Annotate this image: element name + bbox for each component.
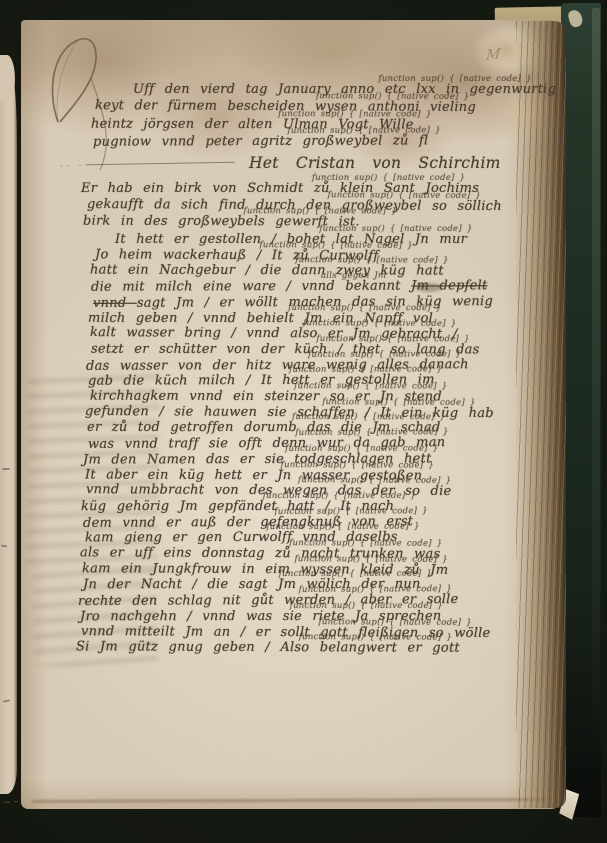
- interlinear-insertion: function sup() { [native code] }: [288, 126, 441, 137]
- struck-words: Jm depfelt: [411, 278, 487, 293]
- interlinear-insertion: function sup() { [native code] }: [294, 554, 447, 565]
- interlinear-insertion: function sup() { [native code] }: [295, 427, 448, 438]
- interlinear-insertion: function sup() { [native code] }: [294, 381, 447, 391]
- interlinear-insertion: function sup() { [native code] }: [289, 365, 442, 376]
- interlinear-insertion: function sup() { [native code] }: [322, 397, 475, 408]
- interlinear-insertion: function sup() { [native code] }: [289, 538, 442, 549]
- interlinear-insertion: function sup() { [native code] }: [299, 632, 452, 643]
- struck-words: vnnd: [93, 296, 137, 311]
- interlinear-insertion: function sup() { [native code] }: [281, 460, 434, 470]
- handwriting-text-block: Uff den vierd tag January anno etc lxx i…: [21, 20, 563, 809]
- interlinear-insertion: function sup() { [native code] }: [299, 584, 452, 595]
- heading-text: Het Cristan von Schirchim: [249, 154, 501, 172]
- facing-page-corner: [0, 55, 15, 101]
- interlinear-insertion: function sup() { [native code] }: [308, 349, 461, 360]
- interlinear-insertion: function sup() { [native code] }: [278, 109, 431, 119]
- manuscript-scan: M ·· ·· ~– Uff den vierd tag January ann…: [0, 0, 607, 843]
- interlinear-insertion: function sup() { [native code] }: [266, 522, 419, 532]
- manuscript-line: hatt ein Nachgebur / die dann zwey küg h…: [90, 263, 444, 279]
- interlinear-insertion: function sup() { [native code] }: [285, 443, 438, 453]
- interlinear-insertion: function sup() { [native code] }: [312, 173, 465, 183]
- manuscript-line: die mit milch eine ware / vnnd bekannt J…: [91, 278, 488, 294]
- interlinear-insertion: function sup() { [native code] }: [298, 475, 451, 486]
- interlinear-insertion: function sup() { [native code] }: [316, 92, 469, 103]
- section-heading: Het Cristan von Schirchim: [87, 154, 501, 172]
- manuscript-line: Si Jm gütz gnug geben / Also belangwert …: [76, 639, 460, 655]
- interlinear-insertion: alls gegen Jm: [321, 271, 386, 281]
- interlinear-insertion: function sup() { [native code] }: [292, 412, 445, 422]
- interlinear-insertion: function sup() { [native code] }: [290, 601, 443, 611]
- interlinear-insertion: function sup() { [native code] }: [275, 506, 428, 517]
- interlinear-insertion: function sup() { [native code] }: [259, 240, 412, 251]
- interlinear-insertion: function sup() { [native code] }: [328, 190, 481, 201]
- interlinear-insertion: function sup() { [native code] }: [303, 318, 456, 329]
- interlinear-insertion: function sup() { [native code] }: [243, 206, 396, 216]
- line-text: die mit milch eine ware / vnnd bekannt: [91, 279, 411, 295]
- interlinear-insertion: function sup() { [native code] }: [279, 569, 432, 579]
- interlinear-insertion: function sup() { [native code] }: [319, 617, 472, 628]
- interlinear-insertion: function sup() { [native code] }: [288, 303, 441, 313]
- interlinear-insertion: function sup() { [native code] }: [295, 255, 448, 265]
- interlinear-insertion: function sup() { [native code] }: [263, 491, 416, 501]
- interlinear-insertion: function sup() { [native code] }: [319, 224, 472, 234]
- bottom-edge-scribble: ~–: [1, 794, 21, 809]
- facing-page-ink-mark: [2, 468, 10, 470]
- line-text: pugniow vnnd peter agritz großweybel zů …: [93, 134, 429, 150]
- binding-spine-edge-highlight: [592, 8, 600, 738]
- heading-rule: [87, 162, 235, 166]
- interlinear-insertion: function sup() { [native code] }: [317, 334, 470, 344]
- interlinear-insertion: function sup() { [native code] }: [378, 74, 531, 84]
- manuscript-line: pugniow vnnd peter agritz großweybel zů …: [93, 134, 429, 150]
